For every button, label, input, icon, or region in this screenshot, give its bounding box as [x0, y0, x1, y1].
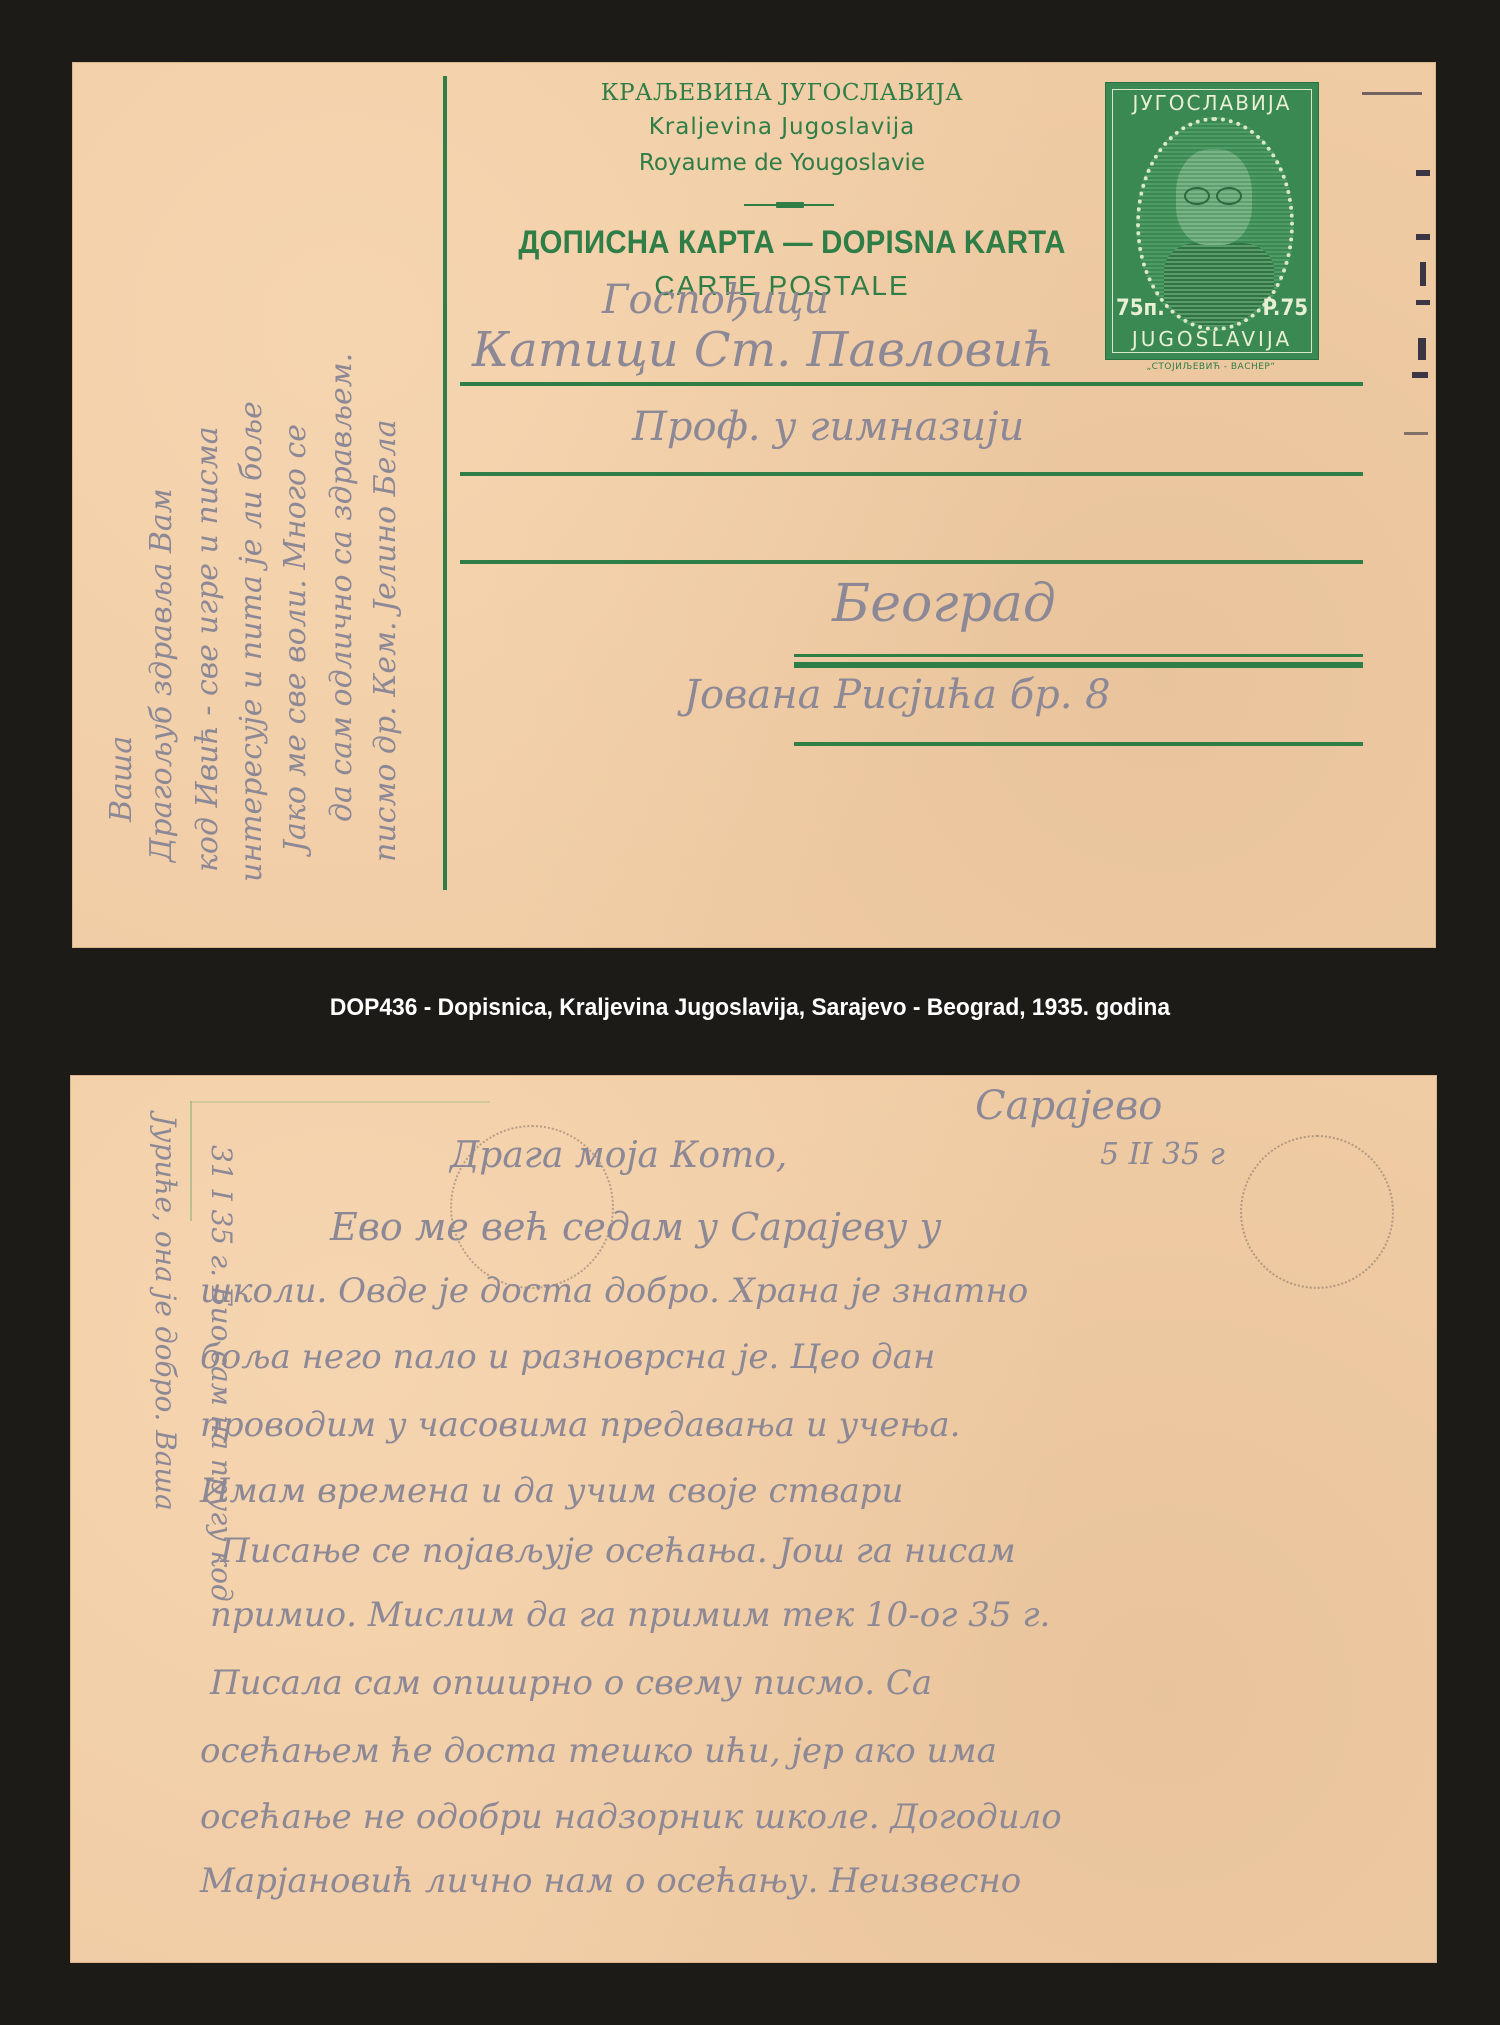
margin-note-line: писмо др. Кем. Јелино Бела: [368, 420, 403, 862]
letter-line: боља него пало и разноврсна је. Цео дан: [200, 1337, 935, 1377]
letter-line: Писање се појављује осећања. Још га ниса…: [220, 1531, 1016, 1571]
letter-line: проводим у часовима предавања и учења.: [200, 1405, 960, 1445]
address-name: Катици Ст. Павловић: [472, 322, 1054, 378]
letter-line: осећањем ће доста тешко ићи, јер ако има: [200, 1731, 997, 1771]
address-underline-thin: [794, 654, 1363, 657]
address-line-3: [460, 560, 1363, 564]
letter-greeting: Драга моја Кото,: [450, 1135, 787, 1176]
margin-note-line: интересује и пита је ли боље: [234, 401, 269, 882]
margin-note-line: да сам одлично са здрављем.: [324, 353, 359, 822]
address-line-2: [460, 472, 1363, 476]
faint-postmark: [1240, 1135, 1394, 1289]
postcard-back: 31 I 35 г. Био сам на пругу код Јуриће, …: [70, 1075, 1437, 1963]
letter-line: Имам времена и да учим своје ствари: [200, 1471, 903, 1511]
postage-stamp: ЈУГОСЛАВИЈА 75п. P.75 JUGOSLAVIJA: [1105, 82, 1319, 360]
header-cyrillic: КРАЉЕВИНА ЈУГОСЛАВИЈА: [472, 80, 1092, 106]
letter-line: Писала сам опширно о свему писмо. Са: [210, 1663, 932, 1703]
back-margin-note-line: Јуриће, она је добро. Ваша: [149, 1115, 182, 1511]
letter-date: 5 II 35 г: [1100, 1137, 1225, 1172]
address-underline-thick: [794, 662, 1363, 668]
ornament-divider: [744, 202, 834, 208]
margin-note-line: Драгољуб здравља Вам: [144, 488, 179, 862]
address-street: Јована Рисјића бр. 8: [684, 672, 1111, 718]
postcard-front: Ваша Драгољуб здравља Вам код Ивић - све…: [72, 62, 1436, 948]
stamp-value-right: P.75: [1262, 296, 1308, 321]
margin-note-line: Јако ме све воли. Много се: [278, 424, 313, 852]
stamp-engraver-credit: „СТОЈИЉЕВИЋ - ВАСНЕР“: [1105, 362, 1317, 372]
letter-line: Ево ме већ седам у Сарајеву у: [330, 1205, 942, 1249]
show-through-line: [190, 1101, 192, 1221]
margin-note-line: Ваша: [104, 736, 139, 822]
address-salutation: Госпођици: [602, 277, 829, 323]
stamp-value-left: 75п.: [1116, 296, 1165, 321]
letter-line: Марјановић лично нам о осећању. Неизвесн…: [200, 1861, 1021, 1901]
letter-line: осећање не одобри надзорник школе. Догод…: [200, 1797, 1062, 1837]
stamp-country-cyrillic: ЈУГОСЛАВИЈА: [1106, 91, 1318, 115]
letter-line: школи. Овде је доста добро. Храна је зна…: [200, 1271, 1028, 1311]
address-line-4: [794, 742, 1363, 746]
address-city: Београд: [832, 574, 1056, 634]
header-french: Royaume de Yougoslavie: [472, 150, 1092, 176]
address-line-1: [460, 382, 1363, 386]
card-title: ДОПИСНА КАРТА — DOPISNA KARTA: [479, 224, 1105, 261]
letter-line: примио. Мислим да га примим тек 10-ог 35…: [210, 1595, 1050, 1635]
margin-note-line: код Ивић - све игре и писма: [190, 426, 225, 872]
item-caption: DOP436 - Dopisnica, Kraljevina Jugoslavi…: [38, 994, 1463, 1022]
divider-line: [443, 76, 447, 890]
stamp-country-latin: JUGOSLAVIJA: [1106, 327, 1318, 351]
show-through-line: [190, 1101, 490, 1103]
cancellation-marks: [1354, 82, 1434, 682]
address-title: Проф. у гимназији: [632, 404, 1024, 450]
header-latin: Kraljevina Jugoslavija: [472, 114, 1092, 140]
letter-place: Сарајево: [975, 1083, 1162, 1129]
